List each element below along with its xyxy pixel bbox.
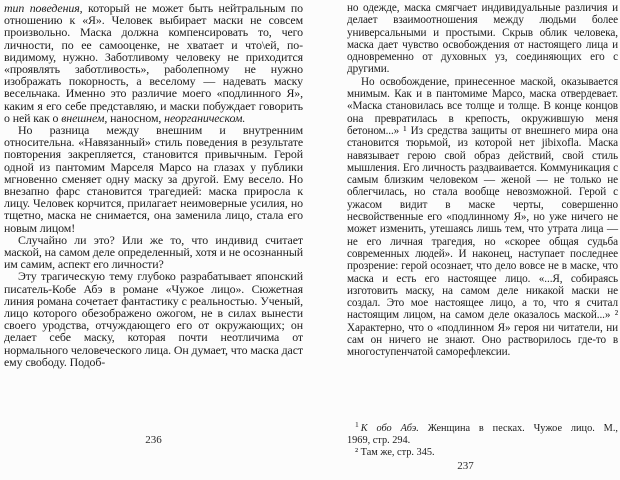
paragraph-continuation: тип поведения, который не может быть ней… (4, 2, 303, 124)
paragraph: Эту трагическую тему глубоко разрабатыва… (4, 270, 303, 368)
left-page-text-column: тип поведения, который не может быть ней… (4, 2, 303, 368)
footnote-marker: 1 (355, 420, 359, 429)
page-number-left: 236 (4, 434, 303, 446)
page-number-right: 237 (330, 460, 601, 472)
book-spread: тип поведения, который не может быть ней… (0, 0, 620, 480)
footnote-2: ² Там же, стр. 345. (347, 447, 618, 459)
paragraph: Но освобождение, принесенное маской, ока… (347, 76, 618, 359)
footnotes-block: 1К обо Абэ. Женщина в песках. Чужое лицо… (347, 423, 618, 459)
footnote-1-continuation: 1969, стр. 294. (347, 435, 618, 447)
paragraph: Но разница между внешним и внутренним от… (4, 124, 303, 234)
paragraph-text: который не может быть нейтральным по отн… (4, 1, 303, 125)
footnote-1: 1К обо Абэ. Женщина в песках. Чужое лицо… (347, 423, 618, 435)
right-page-text-column: но одежде, маска смягчает индивидуальные… (347, 2, 618, 359)
paragraph: Случайно ли это? Или же то, что индивид … (4, 234, 303, 271)
paragraph-continuation: но одежде, маска смягчает индивидуальные… (347, 2, 618, 76)
footnote-text: Женщина в песках. Чужое лицо. М., (419, 423, 618, 434)
footnote-author-italic: К обо Абэ. (361, 423, 419, 434)
